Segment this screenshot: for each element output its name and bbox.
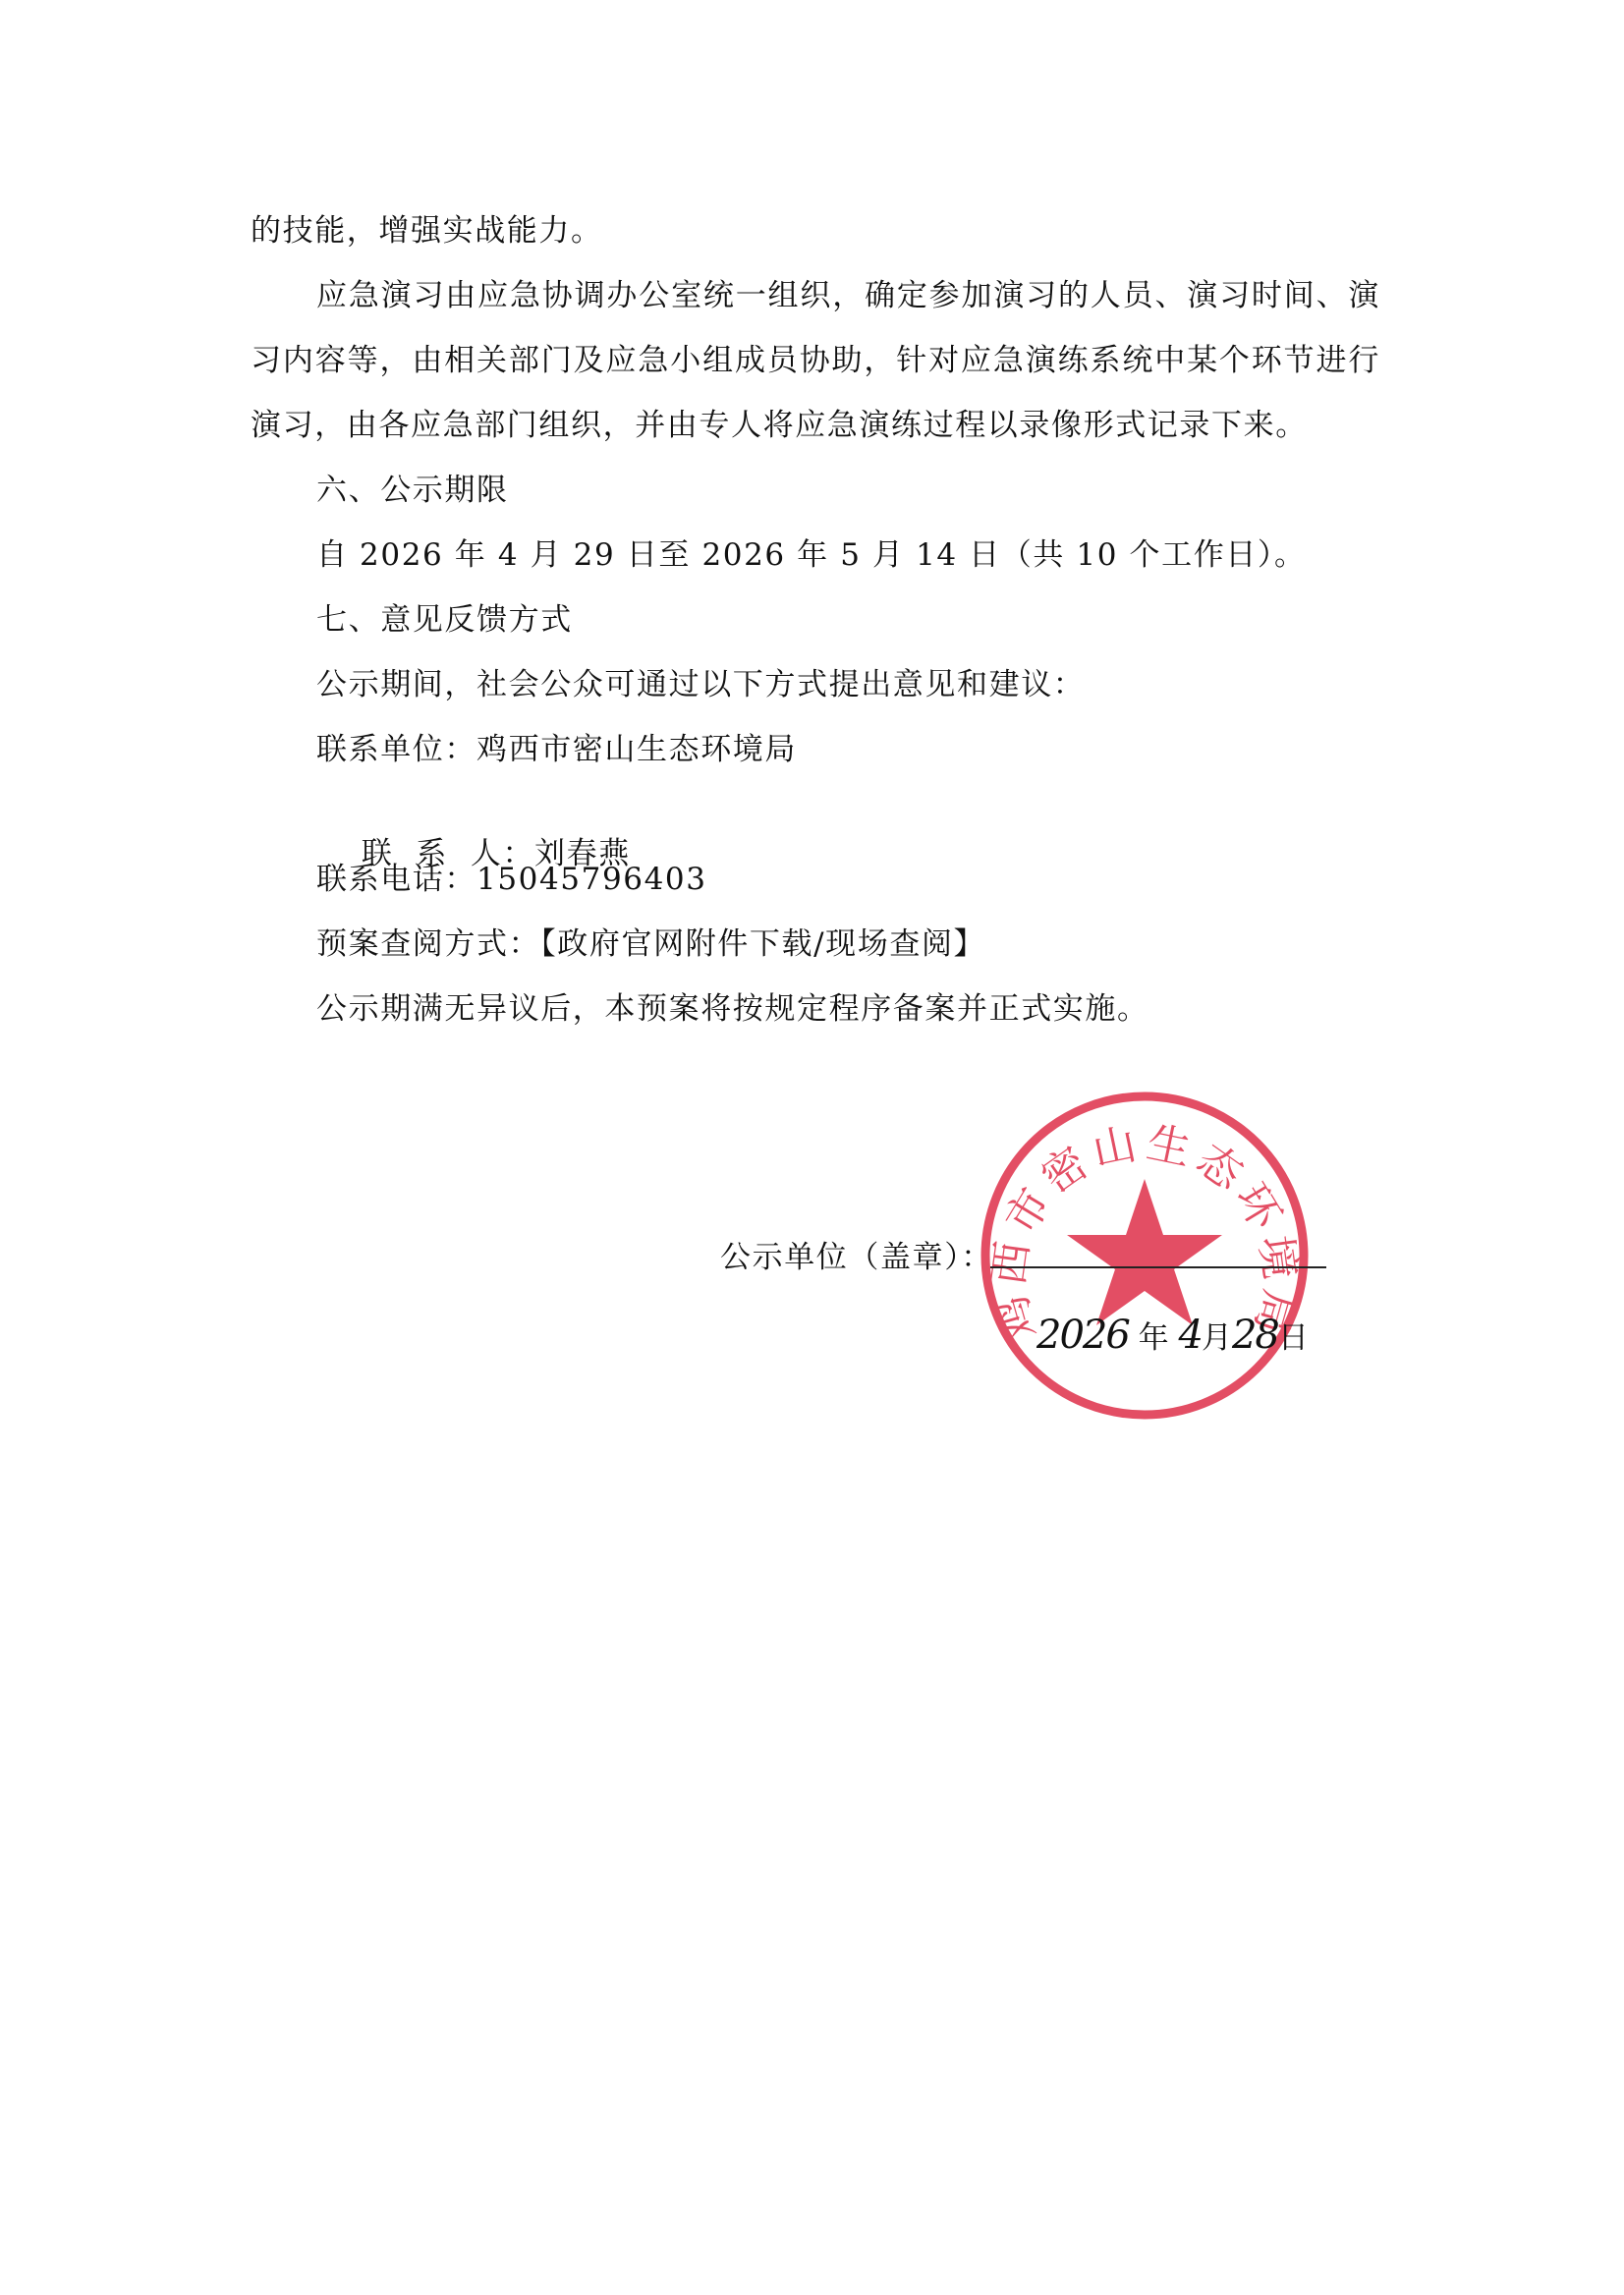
plan-access-label: 预案查阅方式： [316, 926, 540, 962]
document-page: 的技能，增强实战能力。 应急演习由应急协调办公室统一组织，确定参加演习的人员、演… [0, 0, 1624, 2295]
section-heading-feedback: 七、意见反馈方式 [316, 600, 573, 640]
handwritten-month: 4 [1179, 1313, 1202, 1358]
paragraph-line: 的技能，增强实战能力。 [251, 211, 603, 251]
section-heading-publicity-period: 六、公示期限 [316, 471, 509, 510]
contact-unit-row: 联系单位：鸡西市密山生态环境局 [316, 730, 797, 769]
star-icon [1067, 1179, 1222, 1325]
day-suffix: 日 [1278, 1320, 1309, 1356]
signature-date: 2026 年 4月28日 [1036, 1314, 1309, 1360]
plan-access-value: 【政府官网附件下载/现场查阅】 [540, 926, 985, 962]
closing-statement: 公示期满无异议后，本预案将按规定程序备案并正式实施。 [316, 989, 1149, 1029]
handwritten-year: 2026 [1036, 1313, 1129, 1358]
month-suffix: 月 [1202, 1320, 1232, 1356]
signature-label: 公示单位（盖章）： [720, 1238, 993, 1277]
contact-unit-value: 鸡西市密山生态环境局 [476, 732, 797, 767]
contact-phone-label: 联系电话： [316, 862, 476, 897]
paragraph-line: 习内容等，由相关部门及应急小组成员协助，针对应急演练系统中某个环节进行 [251, 341, 1380, 380]
contact-phone-value: 15045796403 [476, 862, 707, 897]
paragraph-line: 演习，由各应急部门组织，并由专人将应急演练过程以录像形式记录下来。 [251, 406, 1308, 445]
paragraph-line: 应急演习由应急协调办公室统一组织，确定参加演习的人员、演习时间、演 [316, 276, 1380, 315]
contact-phone-row: 联系电话：15045796403 [316, 860, 707, 899]
feedback-intro: 公示期间，社会公众可通过以下方式提出意见和建议： [316, 665, 1085, 704]
plan-access-row: 预案查阅方式：【政府官网附件下载/现场查阅】 [316, 924, 985, 964]
official-seal: 鸡西市密山生态环境局 [978, 1089, 1312, 1423]
publicity-period-text: 自 2026 年 4 月 29 日至 2026 年 5 月 14 日（共 10 … [316, 535, 1307, 575]
signature-underline [990, 1266, 1326, 1268]
handwritten-day: 28 [1232, 1313, 1278, 1358]
contact-unit-label: 联系单位： [316, 732, 476, 767]
year-suffix: 年 [1139, 1320, 1169, 1356]
